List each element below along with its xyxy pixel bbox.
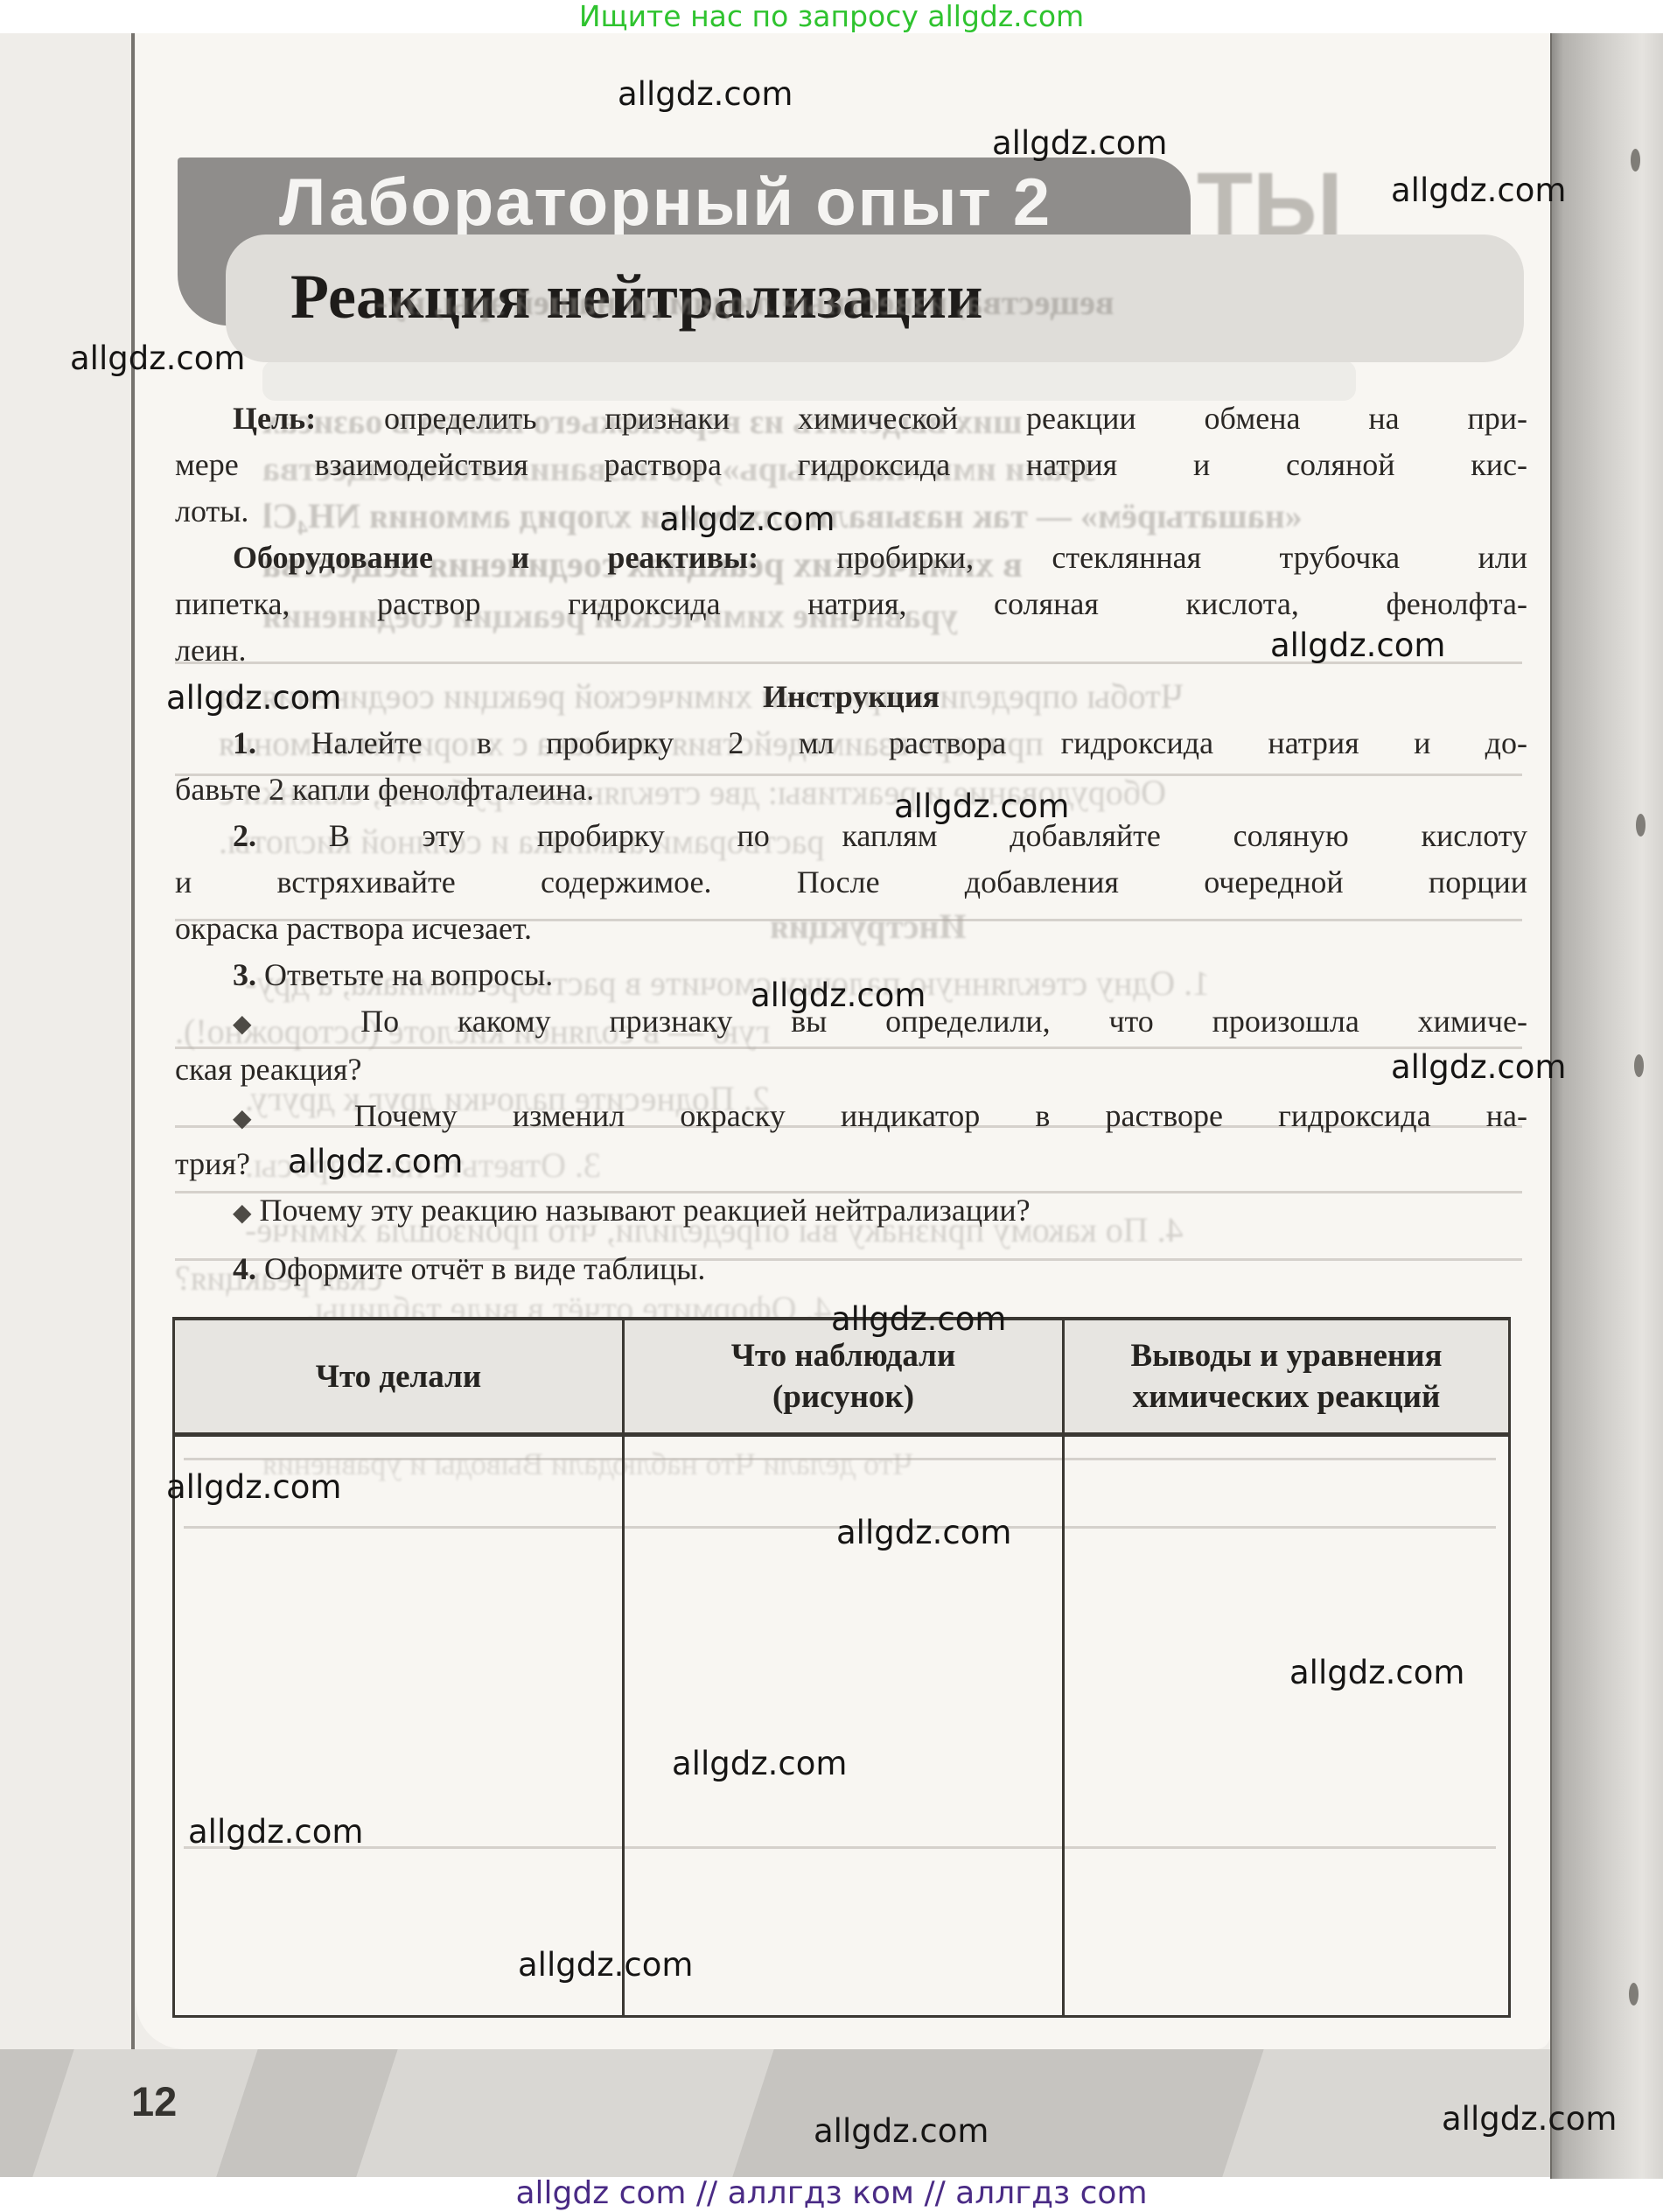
body-line: и встряхивайте содержимое. После добавле… [175, 859, 1527, 906]
instruction-heading: Инструкция [175, 674, 1527, 720]
watermark-allgdz: allgdz.com [992, 124, 1167, 162]
table-cell-conclusions [1062, 1437, 1508, 2015]
watermark-allgdz: allgdz.com [1391, 1048, 1566, 1086]
table-header-conclusions: Выводы и уравнения химических реакций [1062, 1320, 1508, 1432]
body-line: окраска раствора исчезает. [175, 906, 1527, 952]
body-line: ◆ Почему эту реакцию называют реакцией н… [175, 1187, 1527, 1235]
body-line: ◆ Почему изменил окраску индикатор в рас… [175, 1093, 1527, 1141]
scan-speck [1634, 1054, 1644, 1077]
site-notice: Ищите нас по запросу allgdz.com [0, 0, 1663, 33]
watermark-allgdz: allgdz.com [894, 787, 1069, 825]
footer-links: allgdz com // аллгдз ком // аллгдз com [0, 2175, 1663, 2211]
lab-experiment-banner-label: Лабораторный опыт 2 [178, 157, 1191, 241]
page-number: 12 [131, 2077, 177, 2125]
watermark-allgdz: allgdz.com [660, 500, 835, 538]
body-line: ская реакция? [175, 1046, 1527, 1093]
watermark-allgdz: allgdz.com [166, 1468, 341, 1506]
watermark-allgdz: allgdz.com [188, 1813, 363, 1851]
site-notice-text: Ищите нас по запросу allgdz.com [579, 0, 1084, 33]
body-line: 1. Налейте в пробирку 2 мл раствора гидр… [175, 720, 1527, 766]
footer-links-text: allgdz com // аллгдз ком // аллгдз com [515, 2175, 1147, 2211]
watermark-allgdz: allgdz.com [672, 1745, 847, 1782]
watermark-allgdz: allgdz.com [1289, 1654, 1464, 1691]
watermark-allgdz: allgdz.com [836, 1514, 1011, 1551]
watermark-allgdz: allgdz.com [618, 75, 793, 113]
page-edge-line [131, 31, 135, 2049]
watermark-allgdz: allgdz.com [518, 1946, 693, 1984]
watermark-allgdz: allgdz.com [288, 1143, 463, 1180]
body-line: лоты. [175, 488, 1527, 535]
watermark-allgdz: allgdz.com [831, 1300, 1006, 1338]
band-highlight [351, 2049, 777, 2177]
scanned-workbook-page: Ищите нас по запросу allgdz.com ТЫвещест… [0, 0, 1663, 2212]
watermark-allgdz: allgdz.com [166, 679, 341, 717]
scan-speck [1631, 149, 1640, 171]
body-line: Оборудование и реактивы: пробирки, стекл… [175, 535, 1527, 581]
watermark-allgdz: allgdz.com [751, 976, 926, 1014]
body-line: бавьте 2 капли фенолфталеина. [175, 766, 1527, 813]
watermark-allgdz: allgdz.com [70, 339, 245, 377]
body-line: пипетка, раствор гидроксида натрия, соля… [175, 581, 1527, 627]
body-line: 4. Оформите отчёт в виде таблицы. [175, 1246, 1527, 1292]
body-line: Цель: определить признаки химической реа… [175, 395, 1527, 442]
scan-speck [1629, 1983, 1639, 2005]
book-gutter-shadow [1550, 31, 1663, 2179]
body-line: мере взаимодействия раствора гидроксида … [175, 442, 1527, 488]
bleedthrough-text: вещества, известные людям до нашей эры, … [376, 282, 1114, 323]
table-header-what-did: Что делали [175, 1320, 622, 1432]
watermark-allgdz: allgdz.com [1442, 2100, 1617, 2138]
body-line: 2. В эту пробирку по каплям добавляйте с… [175, 813, 1527, 859]
watermark-allgdz: allgdz.com [1391, 171, 1566, 209]
watermark-allgdz: allgdz.com [814, 2112, 989, 2150]
watermark-allgdz: allgdz.com [1270, 626, 1445, 664]
scan-speck [1636, 814, 1646, 836]
table-cell-what-did [175, 1437, 622, 2015]
